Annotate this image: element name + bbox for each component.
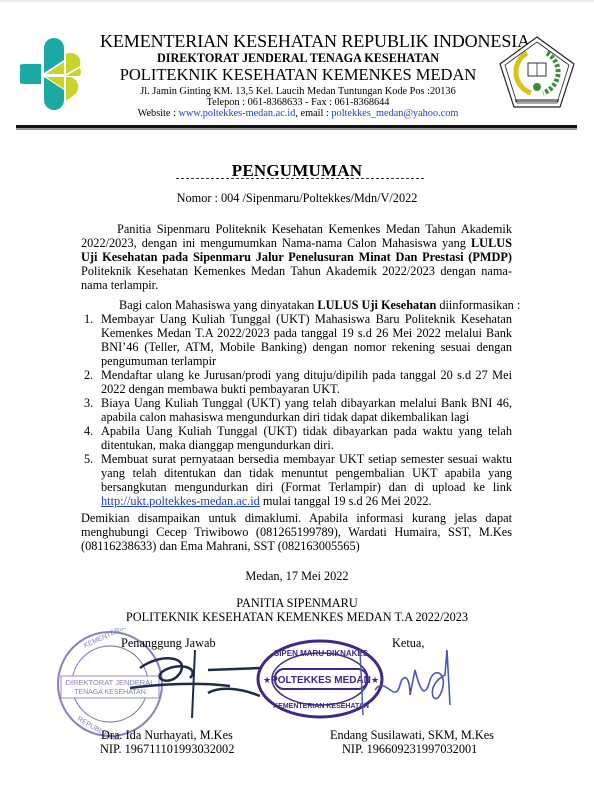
email-link[interactable]: poltekkes_medan@yahoo.com bbox=[331, 108, 458, 119]
list-text-part: Membuat surat pernyataan bersedia membay… bbox=[101, 452, 512, 494]
list-number: 4. bbox=[81, 424, 101, 452]
poltekkes-medan-emblem-icon bbox=[497, 35, 577, 113]
list-text: Mendaftar ulang ke Jurusan/prodi yang di… bbox=[101, 368, 512, 396]
info-lead-text: Bagi calon Mahasiswa yang dinyatakan bbox=[119, 298, 317, 312]
letterhead: KEMENTERIAN KESEHATAN REPUBLIK INDONESIA… bbox=[100, 30, 496, 120]
info-lead: Bagi calon Mahasiswa yang dinyatakan LUL… bbox=[119, 298, 519, 312]
intro-paragraph: Panitia Sipenmaru Politeknik Kesehatan K… bbox=[81, 222, 512, 292]
list-item: 3.Biaya Uang Kuliah Tunggal (UKT) yang t… bbox=[81, 396, 512, 424]
directorate-name: DIREKTORAT JENDERAL TENAGA KESEHATAN bbox=[100, 52, 496, 64]
svg-text:★: ★ bbox=[263, 675, 271, 685]
info-list: 1.Membayar Uang Kuliah Tunggal (UKT) Mah… bbox=[81, 312, 512, 508]
left-signatory-role: Penanggung Jawab bbox=[121, 636, 216, 651]
right-signatory-nip: NIP. 196609231997032001 bbox=[342, 742, 477, 757]
address: Jl. Jamin Ginting KM. 13,5 Kel. Laucih M… bbox=[100, 87, 496, 97]
intro-text: Panitia Sipenmaru Politeknik Kesehatan K… bbox=[81, 222, 512, 250]
email-label: , email : bbox=[295, 108, 331, 119]
institution-name: POLITEKNIK KESEHATAN KEMENKES MEDAN bbox=[100, 67, 496, 84]
ministry-name: KEMENTERIAN KESEHATAN REPUBLIK INDONESIA bbox=[100, 32, 496, 50]
title-divider bbox=[176, 178, 424, 179]
list-item: 4.Apabila Uang Kuliah Tunggal (UKT) tida… bbox=[81, 424, 512, 452]
list-number: 5. bbox=[81, 452, 101, 508]
info-lead-bold: LULUS Uji Kesehatan bbox=[317, 298, 436, 312]
list-text: Apabila Uang Kuliah Tunggal (UKT) tidak … bbox=[101, 424, 512, 452]
list-item: 2.Mendaftar ulang ke Jurusan/prodi yang … bbox=[81, 368, 512, 396]
list-number: 1. bbox=[81, 312, 101, 368]
website-label: Website : bbox=[138, 108, 179, 119]
ukt-upload-link[interactable]: http://ukt.poltekkes-medan.ac.id bbox=[101, 494, 260, 508]
top-strip bbox=[0, 0, 594, 2]
list-item: 5.Membuat surat pernyataan bersedia memb… bbox=[81, 452, 512, 508]
info-lead-end: diinformasikan : bbox=[436, 298, 520, 312]
list-text: Membayar Uang Kuliah Tunggal (UKT) Mahas… bbox=[101, 312, 512, 368]
list-item: 1.Membayar Uang Kuliah Tunggal (UKT) Mah… bbox=[81, 312, 512, 368]
right-signatory-name: Endang Susilawati, SKM, M.Kes bbox=[330, 728, 494, 743]
intro-text-end: Politeknik Kesehatan Kemenkes Medan Tahu… bbox=[81, 264, 512, 292]
announcement-number: Nomor : 004 /Sipenmaru/Poltekkes/Mdn/V/2… bbox=[0, 191, 594, 206]
phone-fax: Telepon : 061-8368633 - Fax : 061-836864… bbox=[100, 98, 496, 108]
website-link[interactable]: www.poltekkes-medan.ac.id bbox=[179, 108, 296, 119]
list-number: 3. bbox=[81, 396, 101, 424]
kemenkes-logo-icon bbox=[20, 36, 84, 112]
committee-name: PANITIA SIPENMARU bbox=[0, 596, 594, 611]
list-text: Membuat surat pernyataan bersedia membay… bbox=[101, 452, 512, 508]
list-text: Biaya Uang Kuliah Tunggal (UKT) yang tel… bbox=[101, 396, 512, 424]
committee-full-name: POLITEKNIK KESEHATAN KEMENKES MEDAN T.A … bbox=[0, 610, 594, 625]
left-signatory-name: Dra. Ida Nurhayati, M.Kes bbox=[101, 728, 233, 743]
place-date: Medan, 17 Mei 2022 bbox=[0, 569, 594, 584]
letterhead-rule bbox=[16, 125, 577, 128]
list-text-end: mulai tanggal 19 s.d 26 Mei 2022. bbox=[260, 494, 432, 508]
contact-line: Website : www.poltekkes-medan.ac.id, ema… bbox=[100, 109, 496, 119]
list-number: 2. bbox=[81, 368, 101, 396]
closing-paragraph: Demikian disampaikan untuk dimaklumi. Ap… bbox=[81, 511, 512, 553]
left-signature bbox=[120, 648, 260, 718]
right-signature bbox=[355, 645, 465, 720]
left-signatory-nip: NIP. 196711101993032002 bbox=[100, 742, 234, 757]
right-signatory-role: Ketua, bbox=[392, 636, 424, 651]
